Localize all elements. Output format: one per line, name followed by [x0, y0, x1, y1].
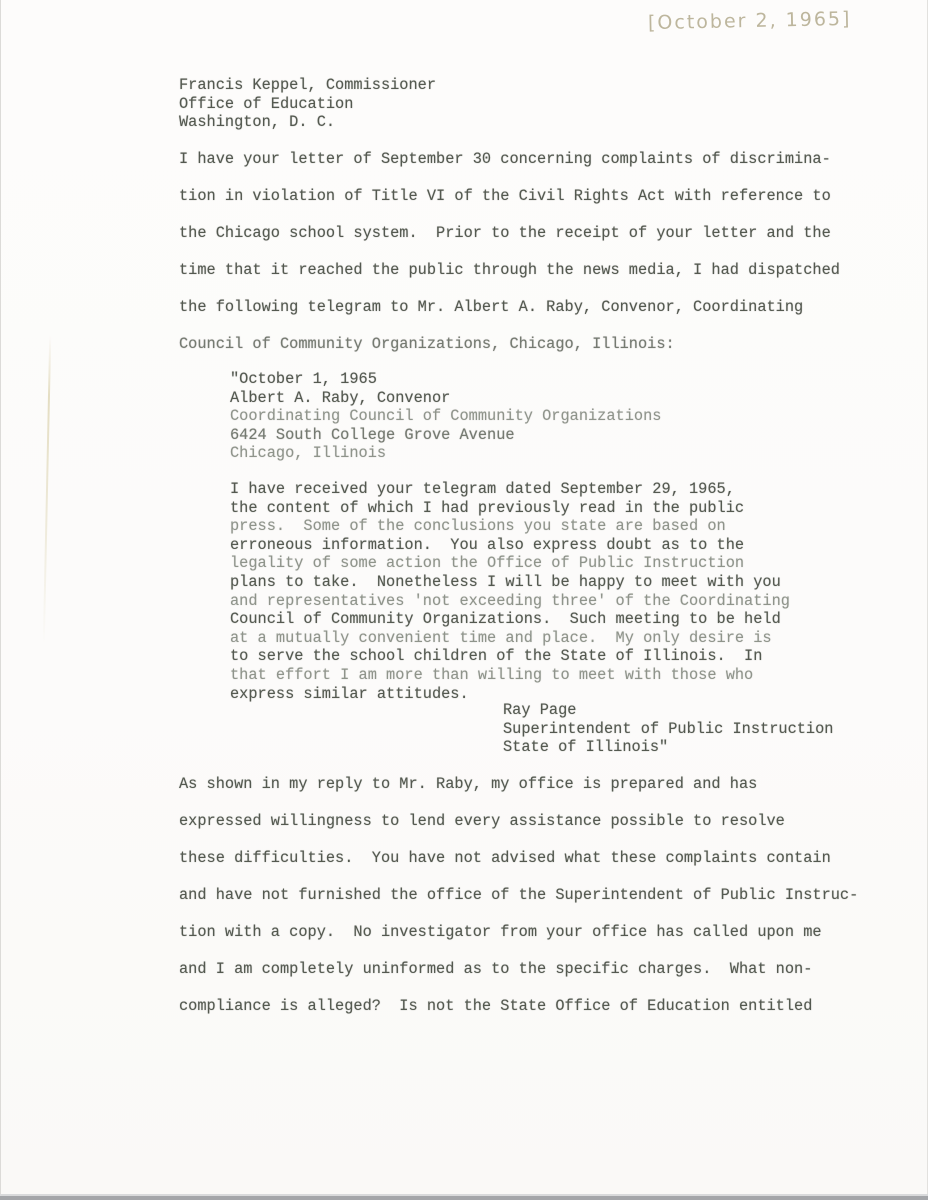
- scan-edge-bottom: [0, 1196, 928, 1200]
- closing-paragraph: As shown in my reply to Mr. Raby, my off…: [179, 766, 858, 1025]
- text-line: the Chicago school system. Prior to the …: [179, 215, 840, 252]
- text-line: that effort I am more than willing to me…: [230, 666, 790, 685]
- text-line: at a mutually convenient time and place.…: [230, 629, 790, 648]
- text-line: Francis Keppel, Commissioner: [179, 76, 436, 95]
- text-line: tion with a copy. No investigator from y…: [179, 914, 858, 951]
- text-line: legality of some action the Office of Pu…: [230, 554, 790, 573]
- text-line: compliance is alleged? Is not the State …: [179, 988, 858, 1025]
- text-line: plans to take. Nonetheless I will be hap…: [230, 573, 790, 592]
- text-line: I have your letter of September 30 conce…: [179, 141, 840, 178]
- telegram-body-block: I have received your telegram dated Sept…: [230, 480, 790, 703]
- text-line: Ray Page: [503, 701, 833, 720]
- text-line: As shown in my reply to Mr. Raby, my off…: [179, 766, 858, 803]
- text-line: State of Illinois": [503, 738, 833, 757]
- recipient-address-block: Francis Keppel, CommissionerOffice of Ed…: [179, 76, 436, 132]
- letter-page: [October 2, 1965] Francis Keppel, Commis…: [0, 0, 928, 1200]
- text-line: the content of which I had previously re…: [230, 499, 790, 518]
- text-line: Coordinating Council of Community Organi…: [230, 407, 661, 426]
- text-line: erroneous information. You also express …: [230, 536, 790, 555]
- text-line: and have not furnished the office of the…: [179, 877, 858, 914]
- telegram-header-block: "October 1, 1965Albert A. Raby, Convenor…: [230, 370, 661, 463]
- scan-edge-left: [0, 0, 1, 1200]
- text-line: the following telegram to Mr. Albert A. …: [179, 289, 840, 326]
- text-line: Washington, D. C.: [179, 113, 436, 132]
- text-line: "October 1, 1965: [230, 370, 661, 389]
- text-line: Superintendent of Public Instruction: [503, 720, 833, 739]
- text-line: and I am completely uninformed as to the…: [179, 951, 858, 988]
- text-line: and representatives 'not exceeding three…: [230, 592, 790, 611]
- text-line: to serve the school children of the Stat…: [230, 647, 790, 666]
- telegram-signature-block: Ray PageSuperintendent of Public Instruc…: [503, 701, 833, 757]
- text-line: 6424 South College Grove Avenue: [230, 426, 661, 445]
- opening-paragraph: I have your letter of September 30 conce…: [179, 141, 840, 363]
- text-line: press. Some of the conclusions you state…: [230, 517, 790, 536]
- text-line: Council of Community Organizations. Such…: [230, 610, 790, 629]
- text-line: Albert A. Raby, Convenor: [230, 389, 661, 408]
- text-line: Office of Education: [179, 95, 436, 114]
- text-line: tion in violation of Title VI of the Civ…: [179, 178, 840, 215]
- text-line: Chicago, Illinois: [230, 444, 661, 463]
- text-line: Council of Community Organizations, Chic…: [179, 326, 840, 363]
- text-line: expressed willingness to lend every assi…: [179, 803, 858, 840]
- handwritten-date-annotation: [October 2, 1965]: [648, 8, 852, 34]
- paper-crease: [43, 335, 51, 645]
- text-line: I have received your telegram dated Sept…: [230, 480, 790, 499]
- text-line: these difficulties. You have not advised…: [179, 840, 858, 877]
- text-line: time that it reached the public through …: [179, 252, 840, 289]
